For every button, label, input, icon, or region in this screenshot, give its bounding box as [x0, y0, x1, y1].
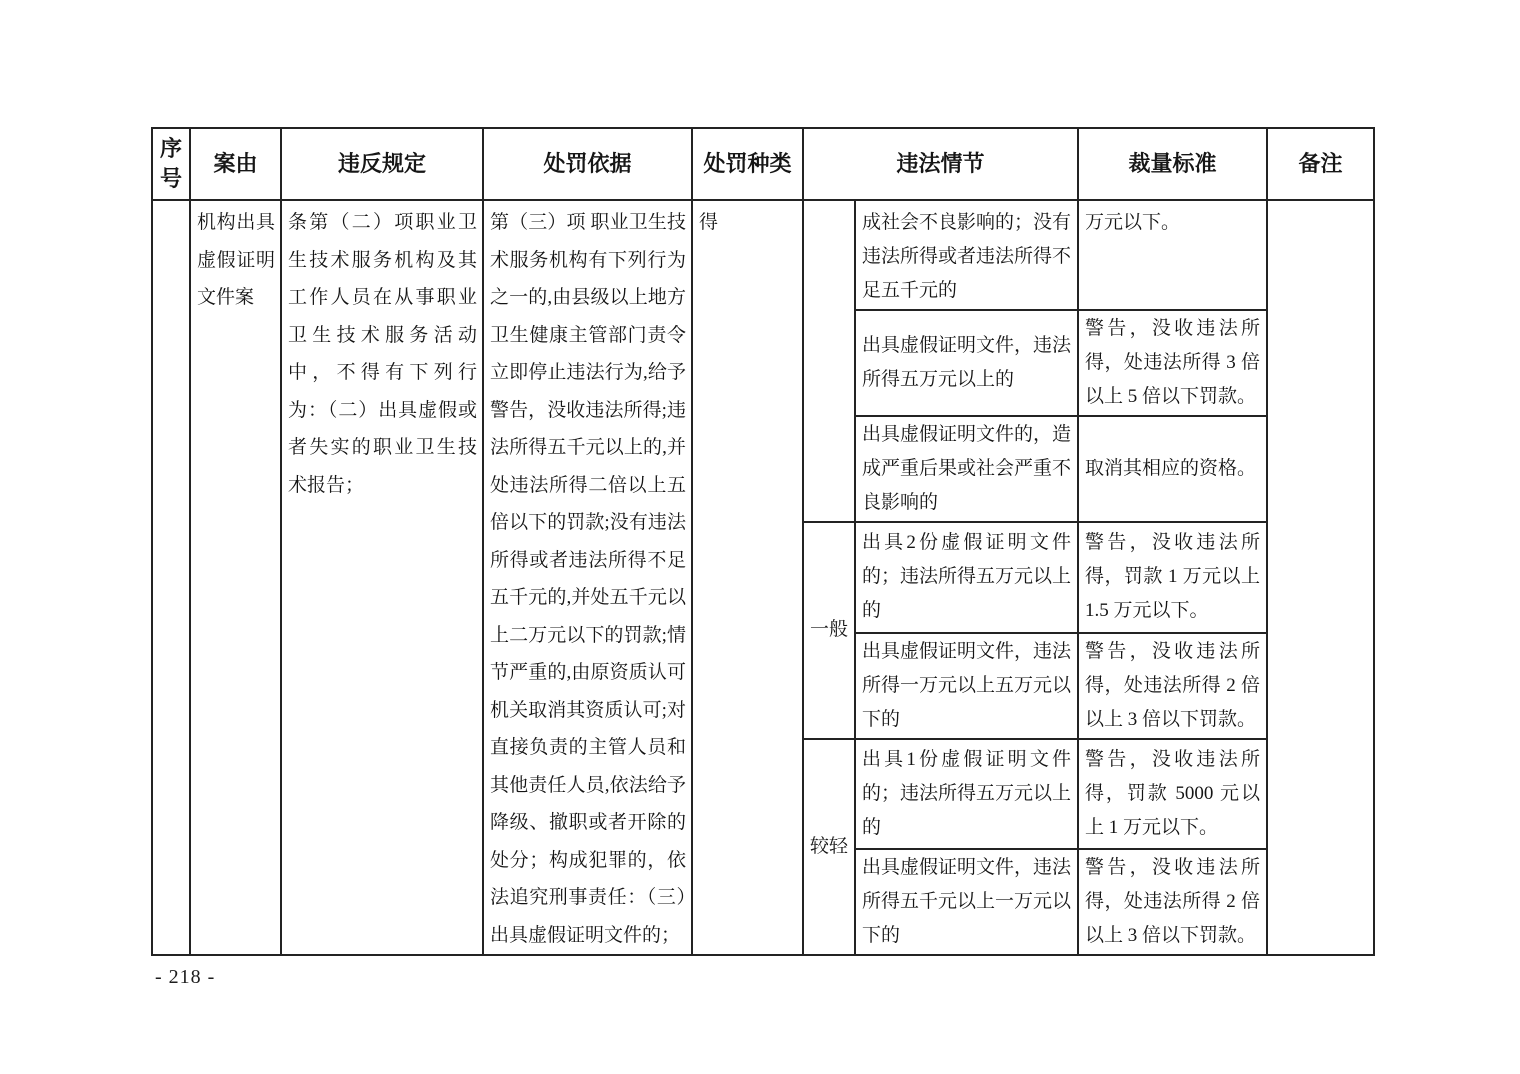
circumstance-cell: 出具虚假证明文件，违法所得五万元以上的 [855, 310, 1078, 416]
table-row: 机构出具虚假证明文件案 条第（二）项职业卫生技术服务机构及其工作人员在从事职业卫… [152, 200, 1374, 310]
header-circumstance: 违法情节 [803, 128, 1078, 200]
header-remark: 备注 [1267, 128, 1374, 200]
standard-cell: 警告，没收违法所得，罚款 5000 元以上 1 万元以下。 [1078, 739, 1267, 850]
standard-cell: 万元以下。 [1078, 200, 1267, 310]
header-basis: 处罚依据 [483, 128, 692, 200]
violation-cell: 条第（二）项职业卫生技术服务机构及其工作人员在从事职业卫生技术服务活动中，不得有… [281, 200, 483, 955]
standard-cell: 警告，没收违法所得，处违法所得 2 倍以上 3 倍以下罚款。 [1078, 849, 1267, 955]
table-header-row: 序号 案由 违反规定 处罚依据 处罚种类 违法情节 裁量标准 备注 [152, 128, 1374, 200]
standard-cell: 警告，没收违法所得，处违法所得 2 倍以上 3 倍以下罚款。 [1078, 633, 1267, 739]
page-number: - 218 - [155, 966, 215, 989]
circumstance-cell: 出具虚假证明文件，违法所得五千元以上一万元以下的 [855, 849, 1078, 955]
standard-cell: 警告，没收违法所得，罚款 1 万元以上 1.5 万元以下。 [1078, 522, 1267, 633]
standard-cell: 警告，没收违法所得，处违法所得 3 倍以上 5 倍以下罚款。 [1078, 310, 1267, 416]
severity-label-minor: 较轻 [803, 739, 855, 956]
circumstance-cell: 出具2份虚假证明文件的；违法所得五万元以上的 [855, 522, 1078, 633]
penalty-discretion-table: 序号 案由 违反规定 处罚依据 处罚种类 违法情节 裁量标准 备注 机构出具虚假… [151, 127, 1375, 956]
basis-cell: 第（三）项 职业卫生技术服务机构有下列行为之一的,由县级以上地方卫生健康主管部门… [483, 200, 692, 955]
standard-cell: 取消其相应的资格。 [1078, 416, 1267, 522]
serial-cell [152, 200, 190, 955]
header-cause: 案由 [190, 128, 281, 200]
circumstance-cell: 成社会不良影响的；没有违法所得或者违法所得不足五千元的 [855, 200, 1078, 310]
header-penalty-type: 处罚种类 [692, 128, 803, 200]
circumstance-cell: 出具虚假证明文件的，造成严重后果或社会严重不良影响的 [855, 416, 1078, 522]
severity-label-empty [803, 200, 855, 522]
circumstance-cell: 出具1份虚假证明文件的；违法所得五万元以上的 [855, 739, 1078, 850]
remark-cell [1267, 200, 1374, 955]
cause-cell: 机构出具虚假证明文件案 [190, 200, 281, 955]
severity-label-general: 一般 [803, 522, 855, 739]
document-page: 序号 案由 违反规定 处罚依据 处罚种类 违法情节 裁量标准 备注 机构出具虚假… [0, 0, 1520, 1074]
circumstance-cell: 出具虚假证明文件，违法所得一万元以上五万元以下的 [855, 633, 1078, 739]
header-standard: 裁量标准 [1078, 128, 1267, 200]
header-serial: 序号 [152, 128, 190, 200]
penalty-type-cell: 得 [692, 200, 803, 955]
header-violation: 违反规定 [281, 128, 483, 200]
